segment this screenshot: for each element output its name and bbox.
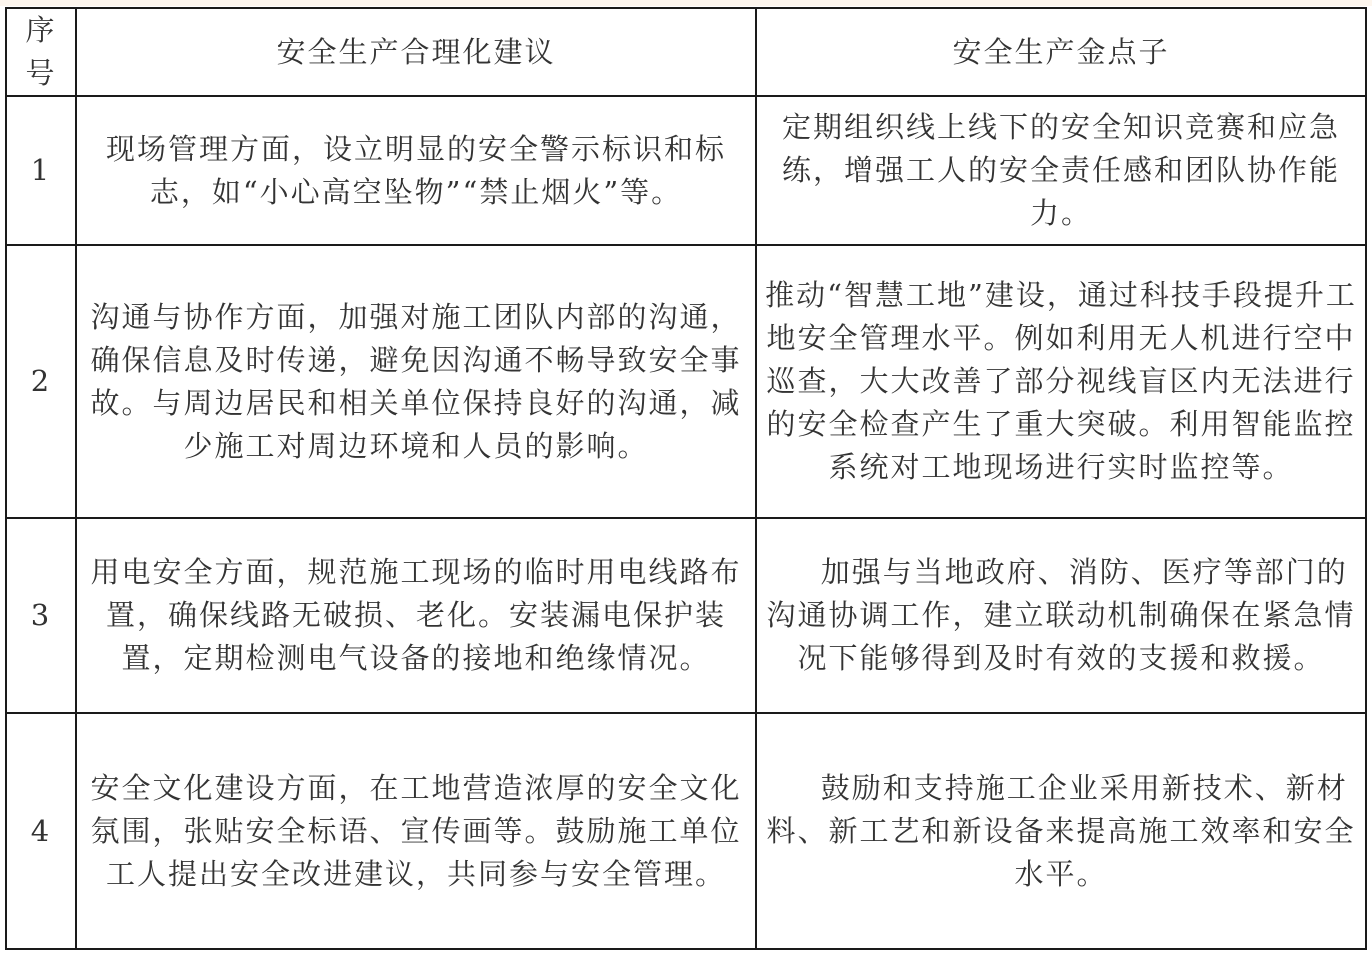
row-index: 2 (6, 245, 76, 518)
row-index: 4 (6, 713, 76, 949)
header-index-line1: 序 (13, 9, 69, 52)
header-golden-idea: 安全生产金点子 (756, 8, 1366, 96)
golden-idea-cell: 加强与当地政府、消防、医疗等部门的沟通协调工作，建立联动机制确保在紧急情况下能够… (756, 518, 1366, 713)
golden-idea-text: 鼓励和支持施工企业采用新技术、新材料、新工艺和新设备来提高施工效率和安全水平。 (763, 767, 1359, 896)
header-index-line2: 号 (13, 52, 69, 95)
suggestion-cell: 安全文化建设方面，在工地营造浓厚的安全文化氛围，张贴安全标语、宣传画等。鼓励施工… (76, 713, 756, 949)
table-row: 4 安全文化建设方面，在工地营造浓厚的安全文化氛围，张贴安全标语、宣传画等。鼓励… (6, 713, 1366, 949)
golden-idea-cell: 推动“智慧工地”建设，通过科技手段提升工地安全管理水平。例如利用无人机进行空中巡… (756, 245, 1366, 518)
table-header-row: 序 号 安全生产合理化建议 安全生产金点子 (6, 8, 1366, 96)
table-row: 2 沟通与协作方面，加强对施工团队内部的沟通，确保信息及时传递，避免因沟通不畅导… (6, 245, 1366, 518)
suggestion-cell: 沟通与协作方面，加强对施工团队内部的沟通，确保信息及时传递，避免因沟通不畅导致安… (76, 245, 756, 518)
safety-suggestions-table: 序 号 安全生产合理化建议 安全生产金点子 1 现场管理方面，设立明显的安全警示… (5, 7, 1367, 950)
table-row: 3 用电安全方面，规范施工现场的临时用电线路布置，确保线路无破损、老化。安装漏电… (6, 518, 1366, 713)
golden-idea-cell: 鼓励和支持施工企业采用新技术、新材料、新工艺和新设备来提高施工效率和安全水平。 (756, 713, 1366, 949)
table-row: 1 现场管理方面，设立明显的安全警示标识和标志，如“小心高空坠物”“禁止烟火”等… (6, 96, 1366, 245)
row-index: 3 (6, 518, 76, 713)
header-index: 序 号 (6, 8, 76, 96)
golden-idea-cell: 定期组织线上线下的安全知识竞赛和应急练，增强工人的安全责任感和团队协作能力。 (756, 96, 1366, 245)
row-index: 1 (6, 96, 76, 245)
golden-idea-text: 加强与当地政府、消防、医疗等部门的沟通协调工作，建立联动机制确保在紧急情况下能够… (763, 551, 1359, 680)
top-margin-strip (0, 0, 1372, 6)
suggestion-cell: 现场管理方面，设立明显的安全警示标识和标志，如“小心高空坠物”“禁止烟火”等。 (76, 96, 756, 245)
suggestion-cell: 用电安全方面，规范施工现场的临时用电线路布置，确保线路无破损、老化。安装漏电保护… (76, 518, 756, 713)
header-suggestion: 安全生产合理化建议 (76, 8, 756, 96)
